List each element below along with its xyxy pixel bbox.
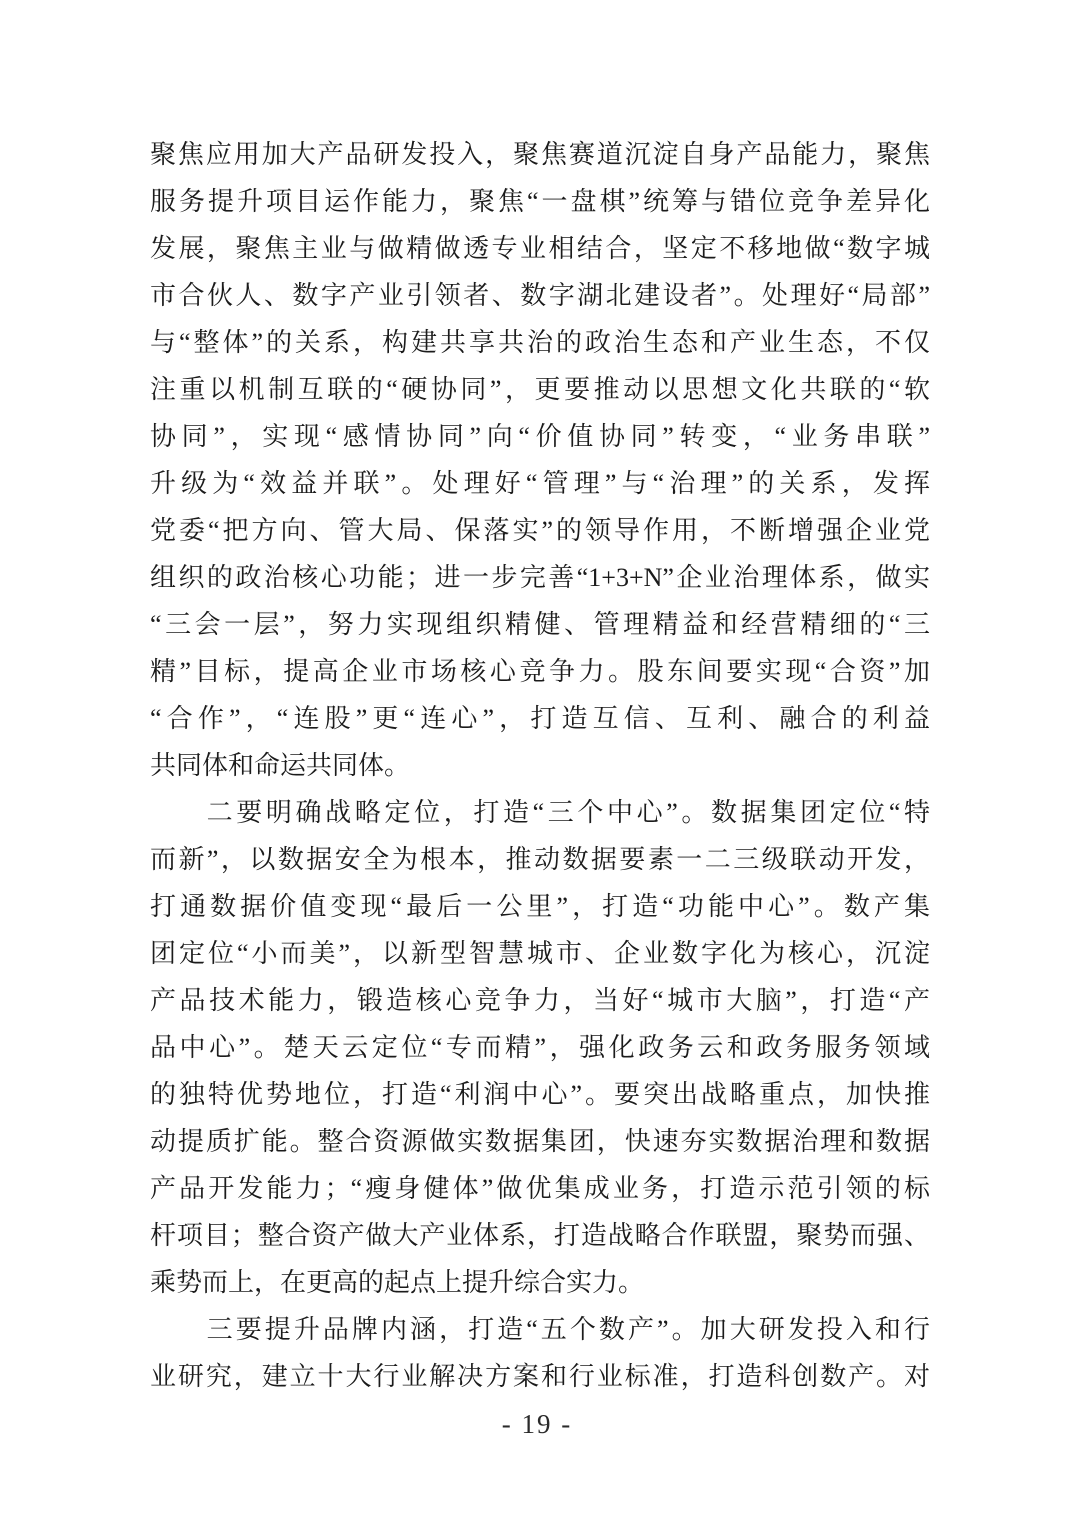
text-line: 的独特优势地位，打造“利润中心”。要突出战略重点，加快推 [150,1071,930,1118]
text-line: 共同体和命运共同体。 [150,742,930,789]
text-line: 乘势而上，在更高的起点上提升综合实力。 [150,1259,930,1306]
text-line: 市合伙人、数字产业引领者、数字湖北建设者”。处理好“局部” [150,272,930,319]
text-line: 业研究，建立十大行业解决方案和行业标准，打造科创数产。对 [150,1353,930,1400]
document-page: 聚焦应用加大产品研发投入，聚焦赛道沉淀自身产品能力，聚焦服务提升项目运作能力，聚… [0,0,1074,1520]
text-line: 服务提升项目运作能力，聚焦“一盘棋”统筹与错位竞争差异化 [150,178,930,225]
text-line: 聚焦应用加大产品研发投入，聚焦赛道沉淀自身产品能力，聚焦 [150,131,930,178]
text-line: 升级为“效益并联”。处理好“管理”与“治理”的关系，发挥 [150,460,930,507]
text-line: “三会一层”，努力实现组织精健、管理精益和经营精细的“三 [150,601,930,648]
text-line: 动提质扩能。整合资源做实数据集团，快速夯实数据治理和数据 [150,1118,930,1165]
text-line: 注重以机制互联的“硬协同”，更要推动以思想文化共联的“软 [150,366,930,413]
text-line: 团定位“小而美”，以新型智慧城市、企业数字化为核心，沉淀 [150,930,930,977]
text-line: 品中心”。楚天云定位“专而精”，强化政务云和政务服务领域 [150,1024,930,1071]
text-line: 二要明确战略定位，打造“三个中心”。数据集团定位“特 [150,789,930,836]
text-line: 协同”，实现“感情协同”向“价值协同”转变，“业务串联” [150,413,930,460]
page-number: - 19 - [0,1402,1074,1447]
text-line: 组织的政治核心功能；进一步完善“1+3+N”企业治理体系，做实 [150,554,930,601]
text-line: 党委“把方向、管大局、保落实”的领导作用，不断增强企业党 [150,507,930,554]
document-body: 聚焦应用加大产品研发投入，聚焦赛道沉淀自身产品能力，聚焦服务提升项目运作能力，聚… [150,131,930,1400]
text-line: “合作”，“连股”更“连心”，打造互信、互利、融合的利益 [150,695,930,742]
text-line: 杆项目；整合资产做大产业体系，打造战略合作联盟，聚势而强、 [150,1212,930,1259]
text-line: 产品开发能力；“瘦身健体”做优集成业务，打造示范引领的标 [150,1165,930,1212]
text-line: 与“整体”的关系，构建共享共治的政治生态和产业生态，不仅 [150,319,930,366]
text-line: 发展，聚焦主业与做精做透专业相结合，坚定不移地做“数字城 [150,225,930,272]
text-line: 产品技术能力，锻造核心竞争力，当好“城市大脑”，打造“产 [150,977,930,1024]
text-line: 精”目标，提高企业市场核心竞争力。股东间要实现“合资”加 [150,648,930,695]
text-line: 而新”，以数据安全为根本，推动数据要素一二三级联动开发， [150,836,930,883]
text-line: 打通数据价值变现“最后一公里”，打造“功能中心”。数产集 [150,883,930,930]
text-line: 三要提升品牌内涵，打造“五个数产”。加大研发投入和行 [150,1306,930,1353]
